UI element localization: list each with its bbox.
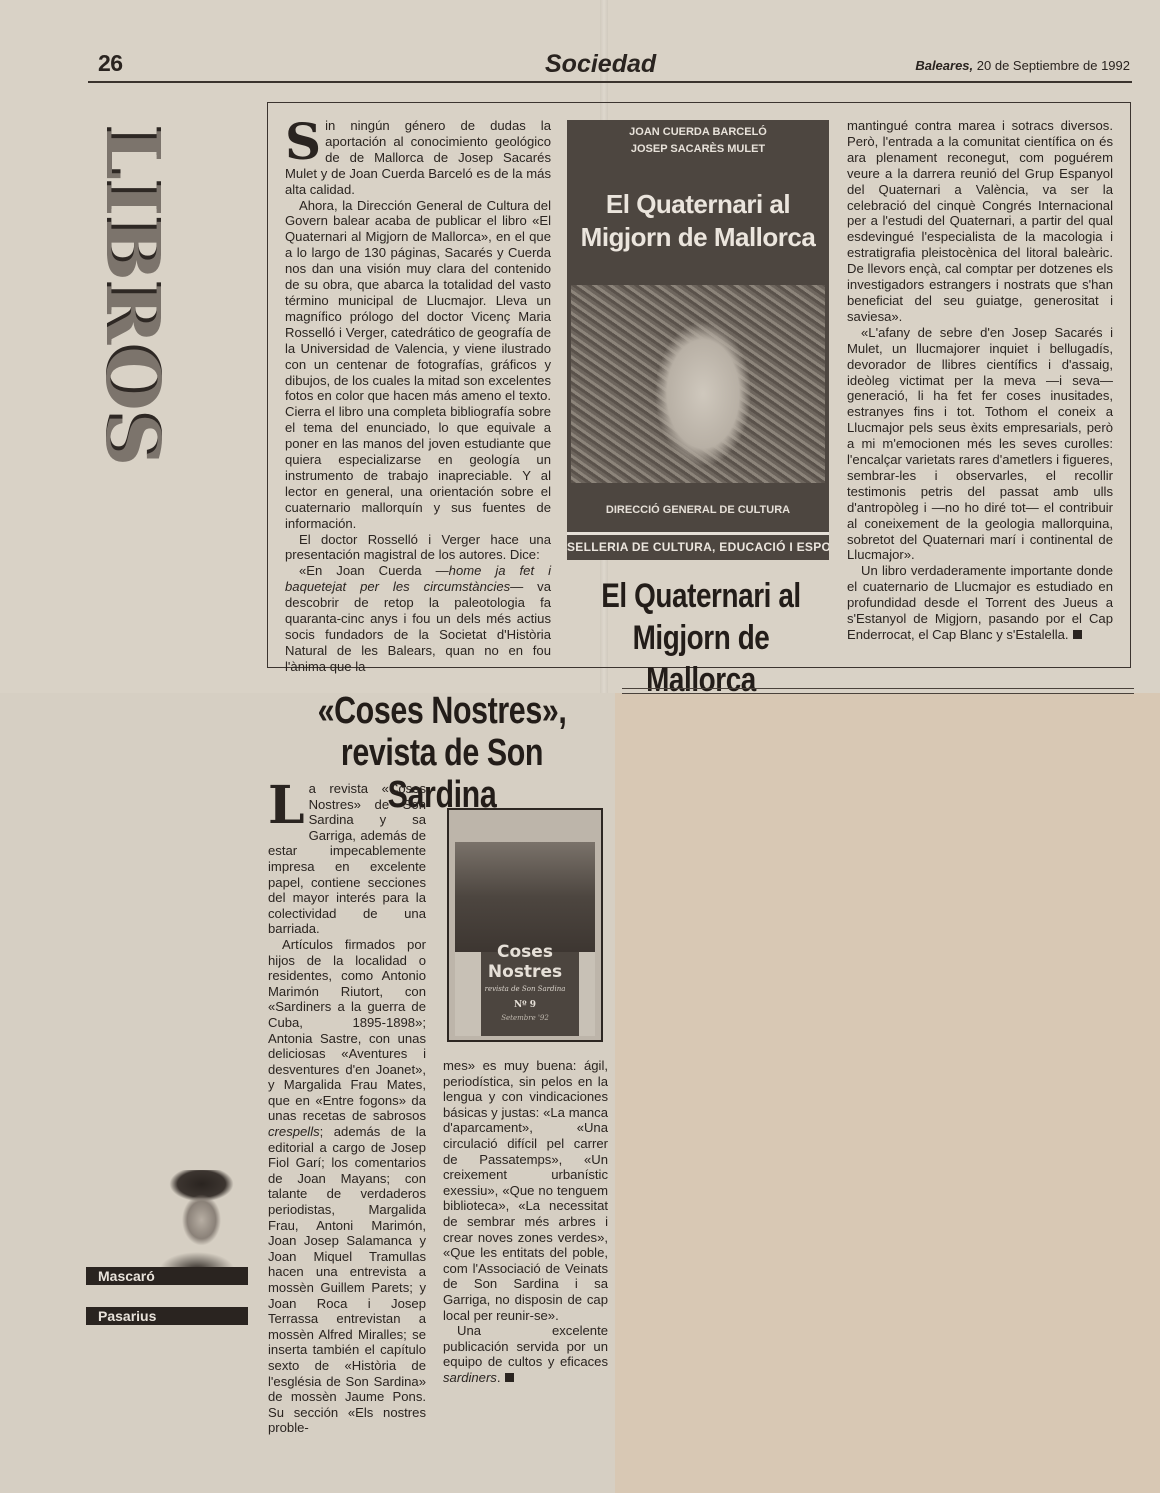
article1-paragraph: Sin ningún género de dudas la aportación… [285,118,551,198]
italic-term: sardiners [443,1370,497,1385]
article2-paragraph: mes» es muy buena: ágil, periodística, s… [443,1058,608,1323]
book-title-line: Migjorn de Mallorca [567,221,829,254]
article2-paragraph: Artículos firmados por hijos de la local… [268,937,426,1436]
paragraph-text: «En Joan Cuerda [299,563,436,578]
book-cover-title: El Quaternari al Migjorn de Mallorca [567,188,829,254]
article1-paragraph: Un libro verdaderamente importante donde… [847,563,1113,643]
paragraph-text: ; además de la editorial a cargo de Jose… [268,1124,426,1435]
book-title-line: El Quaternari al [567,188,829,221]
street-photo [455,842,595,952]
publication-date: 20 de Septiembre de 1992 [973,58,1130,73]
book-cover-image: JOAN CUERDA BARCELÓ JOSEP SACARÈS MULET … [567,120,829,560]
double-rule-divider [622,688,1134,694]
drop-cap: L [268,783,305,829]
section-label-libros: LIBROS [92,168,172,428]
article2-column-1: La revista «Coses Nostres» de Son Sardin… [268,781,426,1436]
illustrator-credit: Mascaró [86,1267,248,1285]
headline-line: «Coses Nostres», [298,690,586,732]
magazine-issue: Nº 9 [449,1000,601,1010]
page-number: 26 [98,50,123,77]
headline-line: El Quaternari al [585,575,816,617]
article1-column-2: mantingué contra marea i sotracs diverso… [847,118,1113,643]
article2-column-2: mes» es muy buena: ágil, periodística, s… [443,1058,608,1385]
book-author: JOAN CUERDA BARCELÓ [567,124,829,141]
drop-cap: S [285,120,321,164]
article1-headline: El Quaternari al Migjorn de Mallorca [585,575,816,701]
article1-paragraph: «En Joan Cuerda —home ja fet i baqueteja… [285,563,551,674]
article1-paragraph: El doctor Rosselló i Verger hace una pre… [285,532,551,564]
book-author: JOSEP SACARÈS MULET [567,141,829,158]
landscape-photo [571,285,825,483]
article1-paragraph: Ahora, la Dirección General de Cultura d… [285,198,551,532]
article1-column-1: Sin ningún género de dudas la aportación… [285,118,551,675]
article2-paragraph: Una excelente publicación servida por un… [443,1323,608,1385]
paragraph-text: . [497,1370,501,1385]
magazine-title-line: Coses [449,942,601,962]
magazine-title-line: Nostres [449,962,601,982]
magazine-cover-image: Coses Nostres revista de Son Sardina Nº … [447,808,603,1042]
magazine-title: Coses Nostres [449,942,601,982]
book-cover-publisher: DIRECCIÓ GENERAL DE CULTURA [567,504,829,516]
end-mark-icon [1073,630,1082,639]
article2-paragraph: La revista «Coses Nostres» de Son Sardin… [268,781,426,937]
dateline: Baleares, 20 de Septiembre de 1992 [915,58,1130,73]
section-title: Sociedad [545,50,656,79]
magazine-subtitle: revista de Son Sardina [449,985,601,993]
paragraph-text: Artículos firmados por hijos de la local… [268,937,426,1124]
masthead-rule [88,81,1132,83]
cover-band [567,532,829,535]
book-cover-conselleria: SELLERIA DE CULTURA, EDUCACIÓ I ESPO [567,540,829,554]
article1-paragraph: mantingué contra marea i sotracs diverso… [847,118,1113,325]
paragraph-text: in ningún género de dudas la aportación … [285,118,551,197]
italic-term: crespells [268,1124,320,1139]
end-mark-icon [505,1373,514,1382]
publication-name: Baleares, [915,58,973,73]
section-label-text: LIBROS [89,128,175,469]
paragraph-text: Una excelente publicación servida por un… [443,1323,608,1369]
author-byline: Pasarius [86,1307,248,1325]
magazine-date: Setembre '92 [449,1014,601,1022]
book-cover-authors: JOAN CUERDA BARCELÓ JOSEP SACARÈS MULET [567,124,829,158]
article1-paragraph: «L'afany de sebre d'en Josep Sacarés i M… [847,325,1113,564]
author-portrait-sketch [152,1170,242,1270]
